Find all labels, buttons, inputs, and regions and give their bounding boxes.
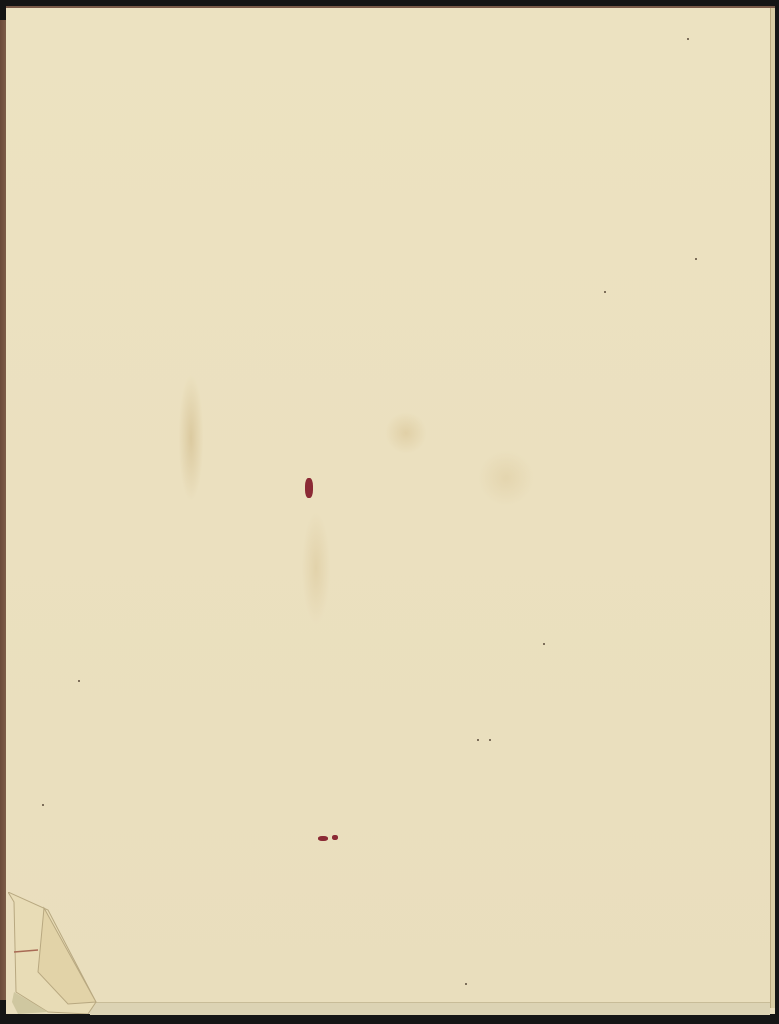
- speck: [489, 739, 491, 741]
- speck: [477, 739, 479, 741]
- folded-corner: [8, 892, 98, 1014]
- red-stain: [318, 836, 328, 841]
- red-stain: [305, 478, 313, 498]
- speck: [42, 804, 44, 806]
- speck: [78, 680, 80, 682]
- page-right-edge: [770, 8, 775, 1008]
- page-bottom-edge: [90, 1002, 770, 1015]
- blank-page: [6, 6, 775, 1014]
- speck: [695, 258, 697, 260]
- speck: [465, 983, 467, 985]
- speck: [543, 643, 545, 645]
- speck: [604, 291, 606, 293]
- speck: [687, 38, 689, 40]
- red-stain: [332, 835, 338, 840]
